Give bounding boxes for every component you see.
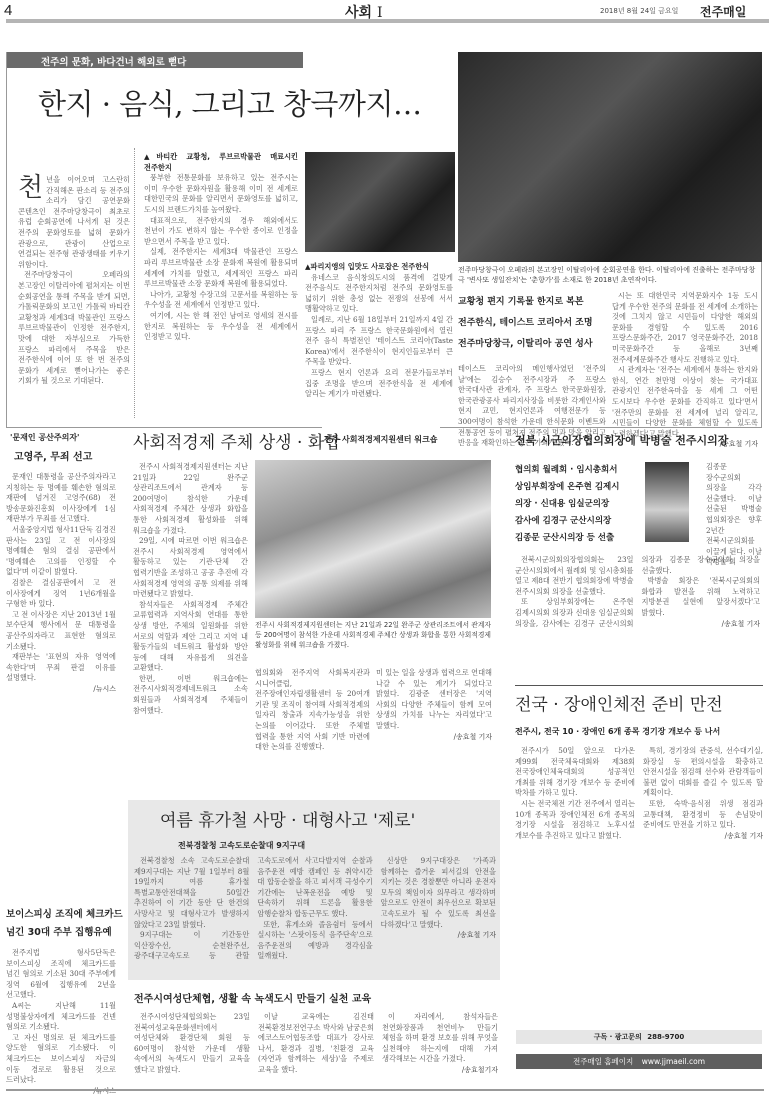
council-headline: 전북 시군의장협의회장에 박병술 전주시의장 [515,432,728,448]
byline: /송효철 기자 [381,930,496,941]
paragraph: 또한, 숙박·음식점 위생 점검과 교통대책, 환경정비 등 손님맞이 준비에도… [643,799,763,831]
subhead: 김종문 군산시의장 등 선출 [515,530,650,547]
paragraph: 전주시 사회적경제지원센터는 지난 21일과 22일 완주군 상관리조트에서 관… [133,462,248,536]
paragraph: 전주시가 50일 앞으로 다가온 제99회 전국체육대회와 제38회 전국장애인… [515,746,635,799]
feature-photo-dancers [305,152,455,252]
subhead: 감사에 김경구 군산시의장 [515,513,650,530]
column-divider [134,148,135,418]
feature-photo-opera [458,52,762,262]
social-col3: 미 있는 일을 상생과 협력으로 연대해 나갈 수 있는 계기가 되었다고 밝혔… [376,668,492,742]
homepage-link[interactable]: www.jjmaeil.com [642,1057,705,1066]
brief1-body: 문재인 대통령을 공산주의자라고 지칭하는 등 명예를 훼손한 혐의로 재판에 … [6,472,116,694]
feature-subheads: 교황청 편지 기록물 한지로 복본 전주한식, 테이스트 코리아서 조명 전주마… [458,292,603,355]
paragraph: 나아가, 교황청 수장고의 고문서를 복원하는 등 우수성을 전 세계에서 인정… [144,290,298,311]
paragraph: 고 전 이사장은 지난 2013년 1월 보수단체 행사에서 문 대통령을 공산… [6,610,116,652]
paragraph: 참석자들은 사회적경제 주체간 교류협력과 지역사회 연대를 통한 상생 방안,… [133,600,248,674]
paragraph: 또한, 휴게소와 졸음쉼터 등에서 실시하는 '스팟이동식 음주단속'으로 음주… [257,920,372,962]
council-subheads: 협의회 월례회 · 임시총회서 상임부회장에 온주현 김제시 의장 · 신대용 … [515,462,650,547]
homepage-label: 전주매일 홈페이지 [573,1057,633,1066]
paragraph: 실제, 전주한지는 세계3대 박물관인 프랑스 파리 루브르박물관 소장 문화재… [144,247,298,289]
social-photo-caption: 전주시 사회적경제지원센터는 지난 21일과 22일 완주군 상관리조트에서 관… [255,620,495,650]
summer-subhead: 전북경찰청 고속도로순찰대 9지구대 [178,840,305,851]
subhead: 전주마당창극, 이탈리아 공연 성사 [458,334,603,355]
dropcap: 천 [18,175,43,201]
feature-banner: 전주의 문화, 바다건너 해외로 뻗다 [7,52,303,68]
paragraph: 신상만 9지구대장은 '가족과 함께하는 즐거운 피서길의 안전을 지키는 것은… [381,856,496,930]
bottom-rule [6,1089,764,1091]
banner-text: 전주의 문화, 바다건너 해외로 뻗다 [41,54,186,68]
summer-body: 전북경찰청 소속 고속도로순찰대 제9지구대는 지난 7월 1일부터 8월 19… [134,856,496,974]
brief1-kicker: '문재인 공산주의자' [10,432,80,443]
subscribe-phone: 288-9700 [647,1033,684,1041]
feature-col1-p2: 전주마당창극이 오페라의 본고장인 이탈리아에 펼쳐지는 이번 순회공연을 통해… [18,270,130,387]
paragraph: 미 있는 일을 상생과 협력으로 연대해 나갈 수 있는 계기가 되었다고 밝혔… [376,668,492,730]
paragraph: 특히, 경기장의 관중석, 선수대기실, 화장실 등 편의시설을 확충하고 안전… [643,746,763,799]
sports-body: 전주시가 50일 앞으로 다가온 제99회 전국체육대회와 제38회 전국장애인… [515,746,763,1001]
subhead: 상임부회장에 온주현 김제시 [515,479,650,496]
paragraph: 시는 또 대한민국 지역문화지수 1등 도시 답게 우수한 전주의 문화를 전 … [612,291,758,365]
women-headline: 전주시여성단체협, 생활 속 녹색도시 만들기 실천 교육 [134,990,371,1005]
homepage-box: 전주매일 홈페이지 www.jjmaeil.com [516,1054,762,1069]
summer-headline: 여름 휴가철 사망 · 대형사고 '제로' [160,806,415,831]
issue-date: 2018년 8월 24일 금요일 [600,6,678,16]
paragraph: 고 자신 명의로 된 체크카드를 양도한 혐의로 기소됐다. 이 체크카드는 보… [6,1033,116,1086]
byline: /뉴시스 [6,684,116,695]
paragraph: 전주지법 형사5단독은 보이스피싱 조직에 체크카드를 넘긴 혐의로 기소된 3… [6,948,116,1001]
paragraph: 이날 교육에는 김진태 전북환경보전연구소 박사와 남궁은희 에코스토어협동조합… [258,1012,374,1076]
subhead: 교황청 편지 기록물 한지로 복본 [458,292,603,313]
social-photo-workshop [255,460,491,618]
paragraph: 시는 전국체전 기간 전주에서 열리는 10개 종목과 장애인체전 6개 종목의… [515,799,635,841]
feature-col3-subhead: ▲파리지앵의 입맛도 사로잡은 전주한식 [305,262,453,273]
feature-photo-caption: 전주마당창극이 오페라의 본고장인 이탈리아에 순회공연을 한다. 이탈리아에 … [458,265,758,285]
paragraph: 전주시여성단체협의회는 23일 전북여성교육문화센터에서 여성단체와 환경단체 … [134,1012,250,1076]
sports-subhead: 전주시, 전국 10 · 장애인 6개 종목 경기장 개보수 등 나서 [515,726,720,737]
feature-col3: ▲파리지앵의 입맛도 사로잡은 전주한식 유네스코 음식창의도시의 품격에 걸맞… [305,262,453,400]
paragraph: 박병술 회장은 '전북시군의회의 화합과 발전을 위해 노력하고 지방분권 실현… [642,576,761,618]
paragraph: 재판부는 '표현의 자유 영역에 속한다'며 무죄 판결 이유를 설명했다. [6,652,116,684]
paragraph: 프랑스 현지 언론과 요리 전문가들로부터 집중 조명을 받으며 전주한식을 전… [305,368,453,400]
paragraph: 풍부한 전통문화를 보유하고 있는 전주시는 이미 우수한 문화자원을 활용해 … [144,173,298,215]
divider [515,685,763,686]
subhead: 전주한식, 테이스트 코리아서 조명 [458,313,603,334]
paragraph: 여기에, 시는 한 해 전인 남여로 영세의 전시를 한지로 복원하는 등 우수… [144,311,298,343]
paragraph: 문재인 대통령을 공산주의자라고 지칭하는 등 명예를 훼손한 혐의로 재판에 … [6,472,116,525]
feature-col5: 시는 또 대한민국 지역문화지수 1등 도시 답게 우수한 전주의 문화를 전 … [612,291,758,450]
paragraph: 검찰은 결심공판에서 고 전 이사장에게 징역 1년6개월을 구형한 바 있다. [6,578,116,610]
women-body: 전주시여성단체협의회는 23일 전북여성교육문화센터에서 여성단체와 환경단체 … [134,1012,498,1084]
paragraph: 한편, 이번 워크숍에는 전주시사회적경제네트워크 소속 회원들과 사회적경제 … [133,674,248,716]
feature-col2: ▲바티칸 교황청, 루브르박물관 매료시킨 전주한지 풍부한 전통문화를 보유하… [144,152,298,343]
feature-col2-subhead: ▲바티칸 교황청, 루브르박물관 매료시킨 전주한지 [144,152,298,173]
byline: /송효철기자 [382,1065,498,1076]
paragraph: 시 관계자는 '전주는 세계에서 통하는 한지와 한식, 연간 천만명 이상이 … [612,365,758,439]
paragraph: A씨는 지난해 11월 성명불상자에게 체크카드를 건넨 혐의로 기소됐다. [6,1001,116,1033]
headline-line: 보이스피싱 조직에 체크카드 [6,906,123,924]
tag-text: 전주 사회적경제지원센터 워크숍 [324,435,438,444]
paragraph: 대표적으로, 전주한지의 경우 해외에서도 천년이 가도 변하지 않는 우수한 … [144,216,298,248]
paragraph: 29일, 시에 따르면 이번 워크숍은 전주시 사회적경제 영역에서 활동하고 … [133,536,248,600]
header-rule [6,19,769,23]
subscribe-label: 구독 · 광고문의 [594,1033,642,1041]
paragraph: 전북경찰청 소속 고속도로순찰대 제9지구대는 지난 7월 1일부터 8월 19… [134,856,249,930]
subhead: 협의회 월례회 · 임시총회서 [515,462,650,479]
social-tag: | 전주 사회적경제지원센터 워크숍 [318,434,437,445]
byline: /송효철 기자 [376,732,492,743]
council-body: 전북시군의회의장협의회는 23일 군산시의회에서 월례회 및 임시총회를 열고 … [515,555,760,629]
social-headline: 사회적경제 주체 상생 · 화합 [133,428,341,453]
feature-headline: 한지 · 음식, 그리고 창극까지… [38,82,421,123]
subscribe-box: 구독 · 광고문의 288-9700 [516,1030,762,1044]
brief1-headline: 고영주, 무죄 선고 [14,448,92,463]
paragraph: 서울중앙지법 형사11단독 김경진 판사는 23일 고 전 이사장의 명예훼손 … [6,525,116,578]
subhead: 의장 · 신대용 임실군의장 [515,496,650,513]
council-side-text: 김종문 장수군의회 의장을 각각 선출했다. 이날 선출된 박병술 협의회장은 … [706,462,762,568]
paragraph: 일례로, 지난 6월 18일부터 21일까지 4일 간 프랑스 파리 주 프랑스… [305,315,453,368]
page-number: 4 [4,2,12,19]
social-col2: 협의회와 전주지역 사회복지관과 시니어클럽, 전주장애인자립생활센터 등 20… [255,668,370,753]
paragraph: 이 자리에서, 참석자들은 천연화장품과 천연비누 만들기 체험을 하며 환경 … [382,1012,498,1065]
paper-name: 전주매일 [700,3,746,20]
paragraph: 전북시군의회의장협의회는 23일 군산시의회에서 월례회 및 임시총회를 열고 … [515,555,634,597]
byline: /송효철 기자 [643,831,763,842]
feature-col1: 천 년을 이어오며 고스란히 간직해온 판소리 등 전주의 소리가 담긴 공연문… [18,175,130,387]
brief2-headline: 보이스피싱 조직에 체크카드 넘긴 30대 주부 집행유예 [6,906,123,942]
brief2-body: 전주지법 형사5단독은 보이스피싱 조직에 체크카드를 넘긴 혐의로 기소된 3… [6,948,116,1096]
headline-line: 넘긴 30대 주부 집행유예 [6,924,123,942]
paragraph: 유네스코 음식창의도시의 품격에 걸맞게 전주음식도 전주한지처럼 전주의 문화… [305,273,453,315]
sports-headline: 전국 · 장애인체전 준비 만전 [515,690,723,715]
council-portrait [645,462,689,542]
social-col1: 전주시 사회적경제지원센터는 지난 21일과 22일 완주군 상관리조트에서 관… [133,462,248,716]
byline: /송효철 기자 [642,619,761,630]
